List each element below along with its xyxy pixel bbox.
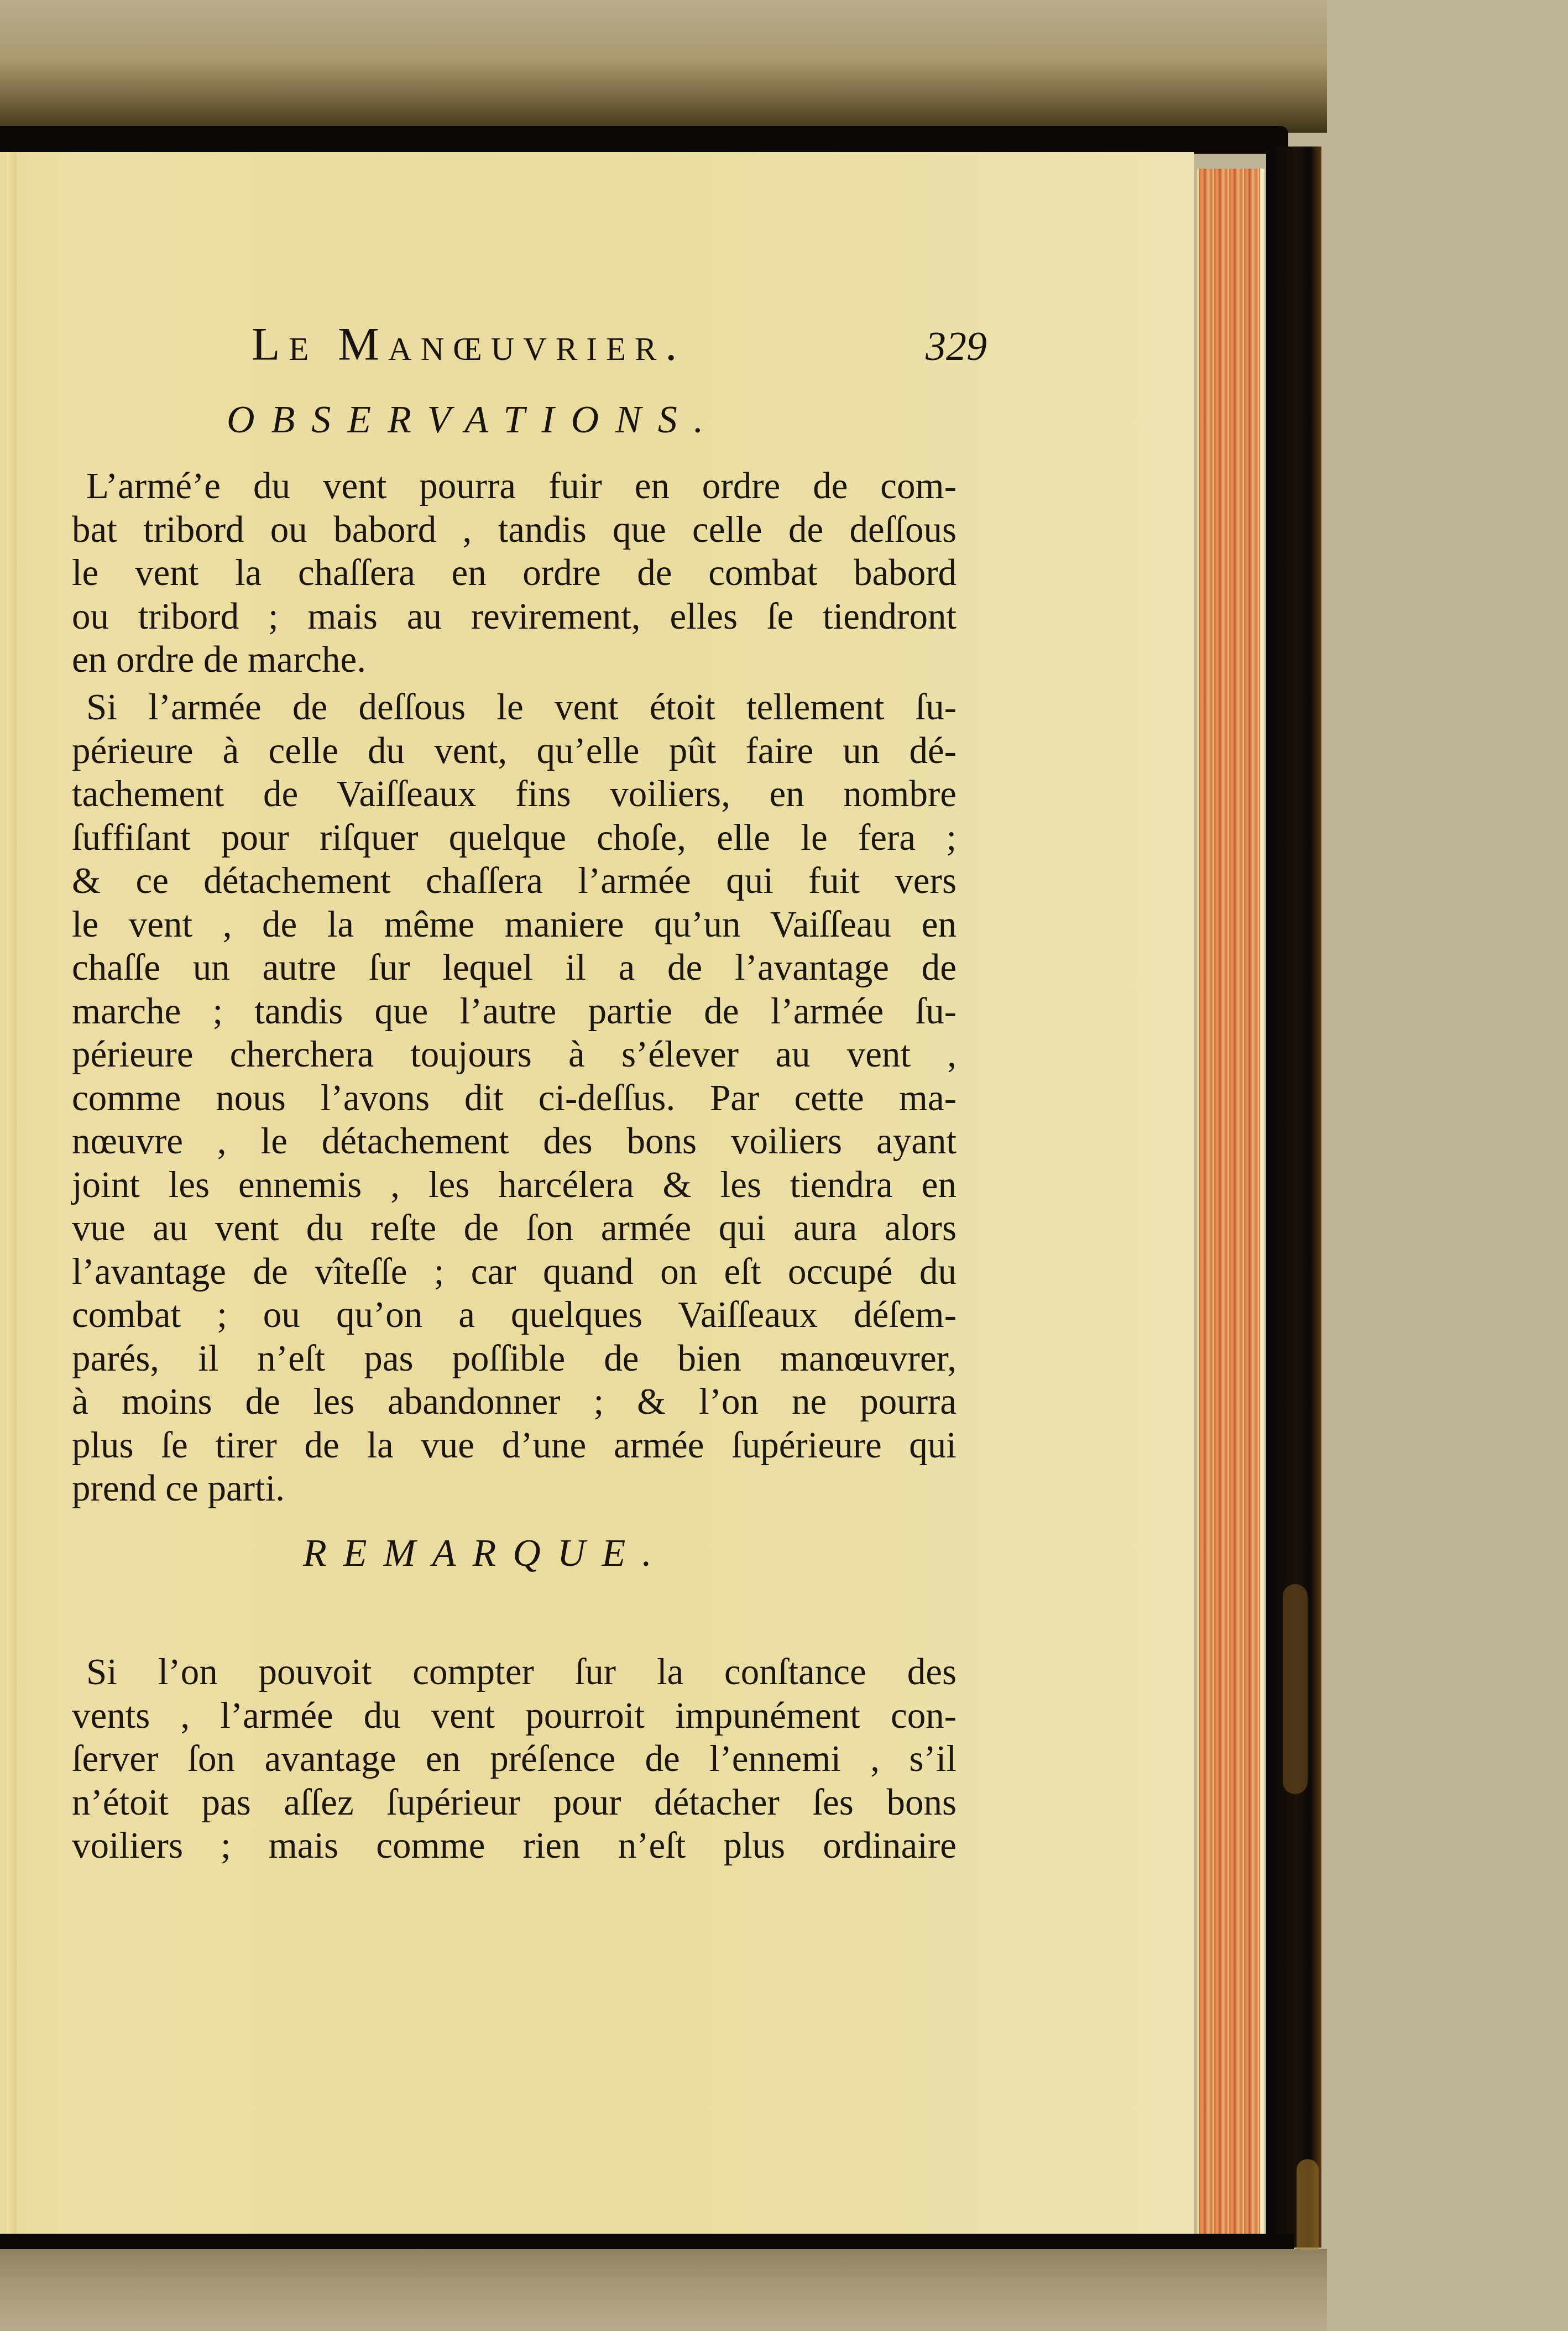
text-line: bat tribord ou babord , tandis que celle… bbox=[72, 508, 957, 552]
book-cover-right-edge bbox=[1266, 147, 1321, 2248]
text-line: ſerver ſon avantage en préſence de l’enn… bbox=[72, 1737, 957, 1781]
text-line: L’armé’e du vent pourra fuir en ordre de… bbox=[72, 464, 957, 508]
text-line: plus ſe tirer de la vue d’une armée ſupé… bbox=[72, 1424, 957, 1467]
text-line: comme nous l’avons dit ci-deſſus. Par ce… bbox=[72, 1076, 957, 1120]
text-line: vents , l’armée du vent pourroit impuném… bbox=[72, 1694, 957, 1738]
page-block-edge bbox=[1197, 169, 1264, 2236]
cover-wear-mark bbox=[1283, 1584, 1308, 1794]
text-line: le vent la chaſſera en ordre de combat b… bbox=[72, 551, 957, 595]
book-cover-bottom-edge bbox=[0, 2234, 1294, 2249]
background-top bbox=[0, 0, 1327, 133]
text-line: tachement de Vaiſſeaux fins voiliers, en… bbox=[72, 772, 957, 816]
text-line: à moins de les abandonner ; & l’on ne po… bbox=[72, 1380, 957, 1424]
text-line: ſuffiſant pour riſquer quelque choſe, el… bbox=[72, 816, 957, 860]
book-cover-top-edge bbox=[0, 126, 1288, 154]
text-line: chaſſe un autre ſur lequel il a de l’ava… bbox=[72, 946, 957, 990]
running-head: Le Manœuvrier. 329 bbox=[252, 318, 987, 379]
text-line: l’avantage de vîteſſe ; car quand on eſt… bbox=[72, 1250, 957, 1294]
text-line: parés, il n’eſt pas poſſible de bien man… bbox=[72, 1337, 957, 1381]
text-line: nœuvre , le détachement des bons voilier… bbox=[72, 1120, 957, 1163]
text-line: voiliers ; mais comme rien n’eſt plus or… bbox=[72, 1824, 957, 1868]
text-line: & ce détachement chaſſera l’armée qui fu… bbox=[72, 859, 957, 903]
text-line: Si l’on pouvoit compter ſur la conſtance… bbox=[72, 1650, 957, 1694]
text-line: vue au vent du reſte de ſon armée qui au… bbox=[72, 1206, 957, 1250]
text-line: n’étoit pas aſſez ſupérieur pour détache… bbox=[72, 1781, 957, 1825]
text-line: en ordre de marche. bbox=[72, 638, 957, 682]
text-line: combat ; ou qu’on a quelques Vaiſſeaux d… bbox=[72, 1293, 957, 1337]
text-line: ou tribord ; mais au revirement, elles ſ… bbox=[72, 595, 957, 639]
text-line: joint les ennemis , les harcélera & les … bbox=[72, 1163, 957, 1207]
text-line: Si l’armée de deſſous le vent étoit tell… bbox=[72, 686, 957, 729]
page-number: 329 bbox=[926, 323, 987, 370]
paragraph: L’armé’e du vent pourra fuir en ordre de… bbox=[72, 464, 957, 682]
text-line: le vent , de la même maniere qu’un Vaiſſ… bbox=[72, 903, 957, 947]
background-bottom bbox=[0, 2249, 1327, 2331]
running-head-title: Le Manœuvrier. bbox=[252, 318, 686, 372]
text-line: marche ; tandis que l’autre partie de l’… bbox=[72, 990, 957, 1033]
text-line: périeure cherchera toujours à s’élever a… bbox=[72, 1033, 957, 1076]
text-line: périeure à celle du vent, qu’elle pût fa… bbox=[72, 729, 957, 773]
section-heading-remarque: REMARQUE. bbox=[303, 1532, 668, 1576]
paragraph: Si l’on pouvoit compter ſur la conſtance… bbox=[72, 1650, 957, 1868]
section-heading-observations: OBSERVATIONS. bbox=[227, 398, 720, 442]
text-line: prend ce parti. bbox=[72, 1467, 957, 1511]
page-gutter bbox=[7, 152, 17, 2234]
paragraph: Si l’armée de deſſous le vent étoit tell… bbox=[72, 686, 957, 1511]
